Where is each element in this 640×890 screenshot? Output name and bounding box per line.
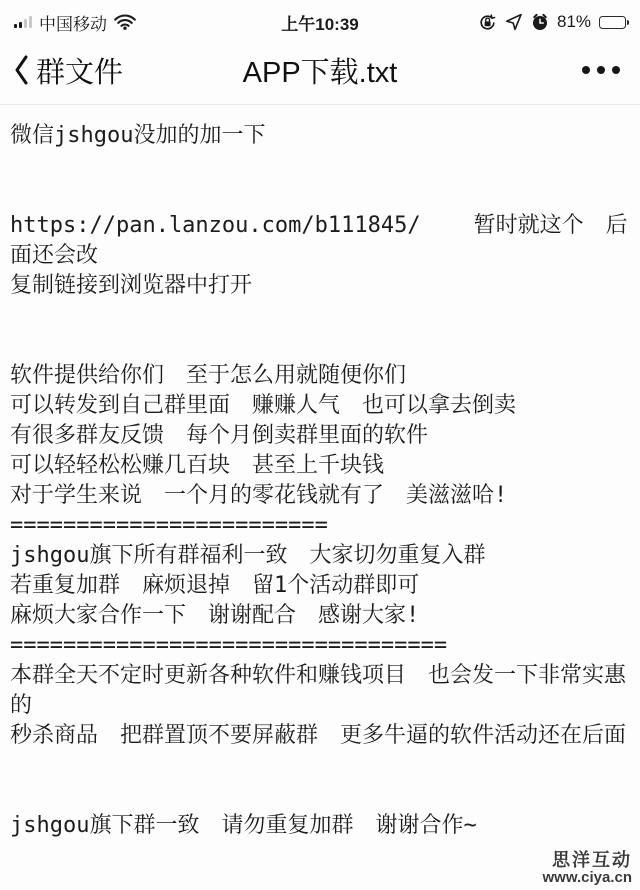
text-line: 微信jshgou没加的加一下	[10, 121, 630, 151]
text-line: =================================	[10, 631, 630, 661]
signal-bar	[29, 16, 32, 28]
text-line: 可以转发到自己群里面 赚赚人气 也可以拿去倒卖	[10, 391, 630, 421]
text-line: 秒杀商品 把群置顶不要屏蔽群 更多牛逼的软件活动还在后面	[10, 721, 630, 751]
battery-icon	[599, 16, 626, 29]
carrier-label: 中国移动	[39, 10, 107, 35]
text-line	[10, 751, 630, 781]
text-line: 面还会改	[10, 241, 630, 271]
nav-bar: 群文件 APP下载.txt	[0, 36, 640, 105]
wifi-icon	[114, 14, 136, 30]
back-button[interactable]: 群文件	[0, 50, 133, 91]
text-line	[10, 781, 630, 811]
watermark-url: www.ciya.cn	[543, 870, 632, 886]
alarm-clock-icon	[531, 13, 549, 31]
text-line: 若重复加群 麻烦退掉 留1个活动群即可	[10, 571, 630, 601]
text-line	[10, 151, 630, 181]
page-title: APP下载.txt	[243, 50, 398, 91]
ellipsis-icon	[582, 66, 590, 74]
status-bar-right: 81%	[359, 12, 626, 32]
ellipsis-icon	[597, 66, 605, 74]
text-file-viewer[interactable]: 微信jshgou没加的加一下 https://pan.lanzou.com/b1…	[0, 105, 640, 841]
location-arrow-icon	[505, 13, 523, 31]
signal-bar	[14, 24, 17, 28]
text-line: 有很多群友反馈 每个月倒卖群里面的软件	[10, 421, 630, 451]
text-line: 的	[10, 691, 630, 721]
text-line: jshgou旗下群一致 请勿重复加群 谢谢合作~	[10, 811, 630, 841]
watermark-brand: 思洋互动	[543, 851, 632, 870]
signal-bar	[19, 22, 22, 28]
text-line: https://pan.lanzou.com/b111845/ 暂时就这个 后	[10, 211, 630, 241]
text-line: 复制链接到浏览器中打开	[10, 271, 630, 301]
text-line: 可以轻轻松松赚几百块 甚至上千块钱	[10, 451, 630, 481]
text-line: 软件提供给你们 至于怎么用就随便你们	[10, 361, 630, 391]
text-line: ========================	[10, 511, 630, 541]
text-line: 本群全天不定时更新各种软件和赚钱项目 也会发一下非常实惠	[10, 661, 630, 691]
text-line: 麻烦大家合作一下 谢谢配合 感谢大家!	[10, 601, 630, 631]
cellular-signal-icon	[14, 16, 32, 28]
clock-label: 上午10:39	[281, 10, 358, 35]
watermark: 思洋互动 www.ciya.cn	[543, 851, 632, 886]
battery-percent-label: 81%	[557, 12, 591, 32]
text-line	[10, 181, 630, 211]
rotation-lock-icon	[478, 13, 497, 32]
text-line: 对于学生来说 一个月的零花钱就有了 美滋滋哈!	[10, 481, 630, 511]
text-line	[10, 301, 630, 331]
ellipsis-icon	[612, 66, 620, 74]
phone-screen: 中国移动 上午10:39	[0, 0, 640, 890]
back-button-label: 群文件	[36, 50, 123, 91]
text-line: jshgou旗下所有群福利一致 大家切勿重复入群	[10, 541, 630, 571]
text-line	[10, 331, 630, 361]
status-bar-left: 中国移动	[14, 10, 281, 35]
chevron-left-icon	[13, 54, 29, 86]
battery-nub	[627, 20, 630, 25]
more-button[interactable]	[562, 56, 640, 84]
signal-bar	[24, 19, 27, 28]
status-bar: 中国移动 上午10:39	[0, 0, 640, 36]
